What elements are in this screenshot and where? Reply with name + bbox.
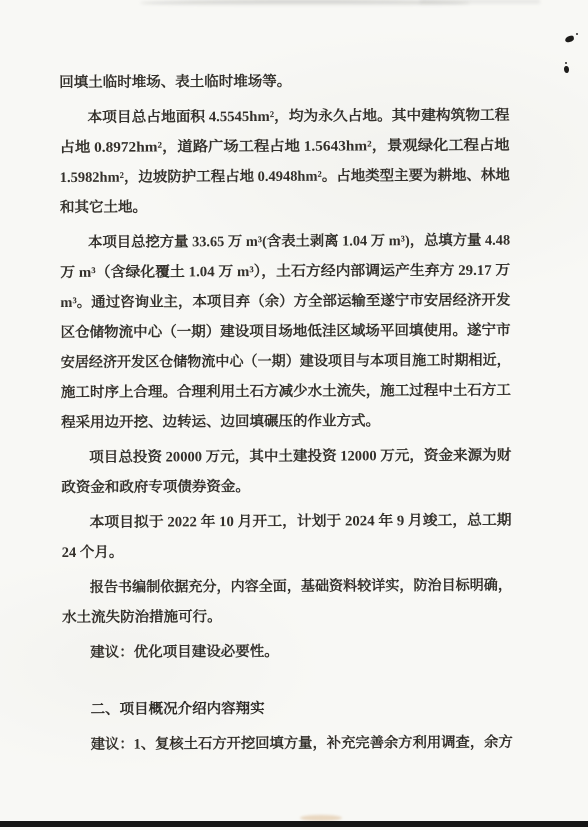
para-earthwork: 本项目总挖方量 33.65 万 m³(含表土剥离 1.04 万 m³)，总填方量… — [60, 224, 511, 436]
ink-speck — [576, 33, 578, 35]
svg-text:和其它土地。: 和其它土地。 — [60, 198, 147, 216]
svg-text:报告书编制依据充分，内容全面，基础资料较详实，防治目标明确，: 报告书编制依据充分，内容全面，基础资料较详实，防治目标明确， — [90, 576, 512, 596]
document-body: 回填土临时堆场、表土临时堆场等。本项目总占地面积 4.5545hm²，均为永久占… — [59, 64, 513, 763]
svg-text:1.5982hm²，边坡防护工程占地 0.4948hm²。占: 1.5982hm²，边坡防护工程占地 0.4948hm²。占地类型主要为耕地、林… — [60, 166, 511, 186]
svg-text:建议：优化项目建设必要性。: 建议：优化项目建设必要性。 — [90, 642, 279, 661]
text-line: 占地 0.8972hm²，道路广场工程占地 1.5643hm²，景观绿化工程占地 — [60, 129, 510, 161]
text-line: 和其它土地。 — [60, 189, 510, 221]
svg-text:水土流失防治措施可行。: 水土流失防治措施可行。 — [62, 607, 222, 626]
svg-text:安居经济开发区仓储物流中心（一期）建设项目与本项目施工时期相: 安居经济开发区仓储物流中心（一期）建设项目与本项目施工时期相近， — [61, 351, 511, 371]
para-schedule: 本项目拟于 2022 年 10 月开工，计划于 2024 年 9 月竣工，总工期… — [61, 504, 511, 566]
text-line: 施工时序上合理。合理利用土石方减少水土流失，施工过程中土石方工 — [61, 374, 511, 406]
svg-text:本项目总挖方量 33.65 万 m³(含表土剥离 1.04: 本项目总挖方量 33.65 万 m³(含表土剥离 1.04 万 m³)，总填方量… — [88, 231, 510, 251]
svg-text:占地 0.8972hm²，道路广场工程占地 1.5643hm: 占地 0.8972hm²，道路广场工程占地 1.5643hm²，景观绿化工程占地 — [60, 136, 511, 156]
text-line: 政资金和政府专项债券资金。 — [61, 469, 511, 501]
svg-text:政资金和政府专项债券资金。: 政资金和政府专项债券资金。 — [61, 477, 250, 496]
ink-mark — [564, 66, 569, 73]
section-heading-2: 二、项目概况介绍内容翔实 — [62, 691, 512, 723]
para-investment: 项目总投资 20000 万元，其中土建投资 12000 万元，资金来源为财政资金… — [61, 439, 511, 501]
scan-bottom-edge — [0, 821, 588, 827]
text-line: 1.5982hm²，边坡防护工程占地 0.4948hm²。占地类型主要为耕地、林… — [60, 159, 510, 191]
para-suggestion-1: 建议：优化项目建设必要性。 — [62, 634, 512, 666]
text-line: 水土流失防治措施可行。 — [62, 599, 512, 631]
para-continuation: 回填土临时堆场、表土临时堆场等。 — [59, 64, 509, 96]
svg-text:程采用边开挖、边转运、边回填碾压的作业方式。: 程采用边开挖、边转运、边回填碾压的作业方式。 — [61, 411, 380, 431]
text-line: 万 m³（含绿化覆土 1.04 万 m³），土石方经内部调运产生弃方 29.17… — [60, 254, 510, 286]
text-line: 建议：1、复核土石方开挖回填方量，补充完善余方利用调查，余方 — [63, 726, 513, 758]
scanned-document-page: 回填土临时堆场、表土临时堆场等。本项目总占地面积 4.5545hm²，均为永久占… — [0, 0, 588, 830]
svg-text:建议：1、复核土石方开挖回填方量，补充完善余方利用调查，余方: 建议：1、复核土石方开挖回填方量，补充完善余方利用调查，余方 — [91, 733, 514, 753]
text-line: 建议：优化项目建设必要性。 — [62, 634, 512, 666]
text-line: 24 个月。 — [62, 534, 512, 566]
scan-edge-shadow — [420, 0, 540, 5]
text-line: 二、项目概况介绍内容翔实 — [62, 691, 512, 723]
svg-text:施工时序上合理。合理利用土石方减少水土流失，施工过程中土石方: 施工时序上合理。合理利用土石方减少水土流失，施工过程中土石方工 — [61, 381, 512, 401]
svg-text:m³。通过咨询业主，本项目弃（余）方全部运输至遂宁市安居经济: m³。通过咨询业主，本项目弃（余）方全部运输至遂宁市安居经济开发 — [60, 291, 511, 311]
text-line: 本项目总占地面积 4.5545hm²，均为永久占地。其中建构筑物工程 — [59, 99, 509, 131]
svg-text:24 个月。: 24 个月。 — [62, 543, 124, 561]
ink-speck — [565, 62, 567, 64]
text-line: 报告书编制依据充分，内容全面，基础资料较详实，防治目标明确， — [62, 569, 512, 601]
text-line: 程采用边开挖、边转运、边回填碾压的作业方式。 — [61, 404, 511, 436]
svg-text:本项目总占地面积 4.5545hm²，均为永久占地。其中建构: 本项目总占地面积 4.5545hm²，均为永久占地。其中建构筑物工程 — [87, 106, 510, 126]
svg-text:项目总投资 20000 万元，其中土建投资 12000 万元: 项目总投资 20000 万元，其中土建投资 12000 万元，资金来源为财 — [89, 446, 512, 466]
svg-text:万 m³（含绿化覆土 1.04 万 m³），土石方经内部调运: 万 m³（含绿化覆土 1.04 万 m³），土石方经内部调运产生弃方 29.17… — [60, 261, 511, 281]
svg-text:二、项目概况介绍内容翔实: 二、项目概况介绍内容翔实 — [90, 699, 265, 718]
text-line: 区仓储物流中心（一期）建设项目场地低洼区域场平回填使用。遂宁市 — [60, 314, 510, 346]
para-suggestion-2: 建议：1、复核土石方开挖回填方量，补充完善余方利用调查，余方 — [63, 726, 513, 758]
svg-text:本项目拟于 2022 年 10 月开工，计划于 2024 年: 本项目拟于 2022 年 10 月开工，计划于 2024 年 9 月竣工，总工期 — [90, 511, 513, 531]
text-line: 安居经济开发区仓储物流中心（一期）建设项目与本项目施工时期相近， — [61, 344, 511, 376]
svg-text:区仓储物流中心（一期）建设项目场地低洼区域场平回填使用。遂宁: 区仓储物流中心（一期）建设项目场地低洼区域场平回填使用。遂宁市 — [61, 321, 512, 341]
text-line: m³。通过咨询业主，本项目弃（余）方全部运输至遂宁市安居经济开发 — [60, 284, 510, 316]
text-line: 本项目总挖方量 33.65 万 m³(含表土剥离 1.04 万 m³)，总填方量… — [60, 224, 510, 256]
text-line: 回填土临时堆场、表土临时堆场等。 — [59, 64, 509, 96]
ink-mark — [564, 35, 574, 43]
text-line: 项目总投资 20000 万元，其中土建投资 12000 万元，资金来源为财 — [61, 439, 511, 471]
para-land-area: 本项目总占地面积 4.5545hm²，均为永久占地。其中建构筑物工程占地 0.8… — [59, 99, 510, 221]
para-report-quality: 报告书编制依据充分，内容全面，基础资料较详实，防治目标明确，水土流失防治措施可行… — [62, 569, 512, 631]
svg-text:回填土临时堆场、表土临时堆场等。: 回填土临时堆场、表土临时堆场等。 — [59, 72, 291, 91]
text-line: 本项目拟于 2022 年 10 月开工，计划于 2024 年 9 月竣工，总工期 — [61, 504, 511, 536]
